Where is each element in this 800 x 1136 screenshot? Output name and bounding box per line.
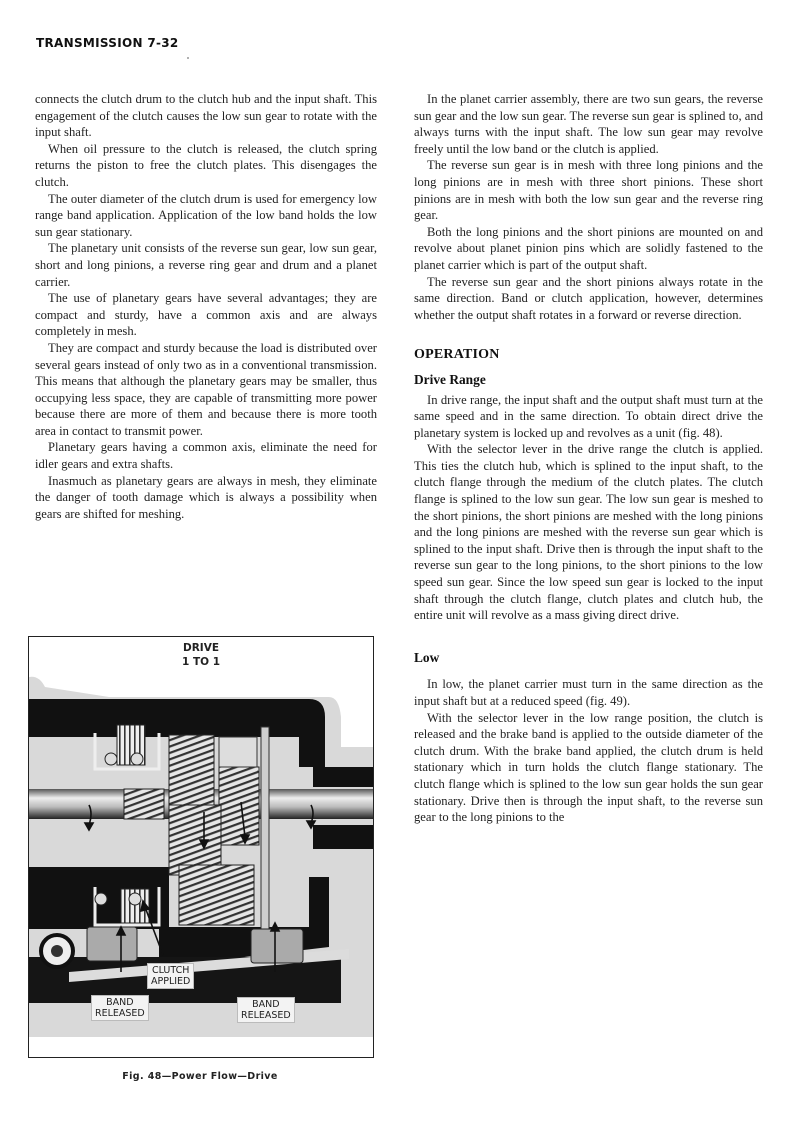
transmission-cutaway-illustration: [29, 637, 373, 1057]
left-column: connects the clutch drum to the clutch h…: [35, 91, 377, 522]
label-band-released-left: BAND RELEASED: [91, 995, 149, 1021]
paragraph: The reverse sun gear and the short pinio…: [414, 274, 763, 324]
label-band-released-right: BAND RELEASED: [237, 997, 295, 1023]
paragraph: Both the long pinions and the short pini…: [414, 224, 763, 274]
paragraph: In the planet carrier assembly, there ar…: [414, 91, 763, 157]
paragraph: In drive range, the input shaft and the …: [414, 392, 763, 442]
paragraph: Inasmuch as planetary gears are always i…: [35, 473, 377, 523]
paragraph: In low, the planet carrier must turn in …: [414, 676, 763, 709]
scan-speck: [187, 57, 189, 59]
label-clutch-applied: CLUTCH APPLIED: [147, 963, 194, 989]
figure-power-flow-drive: DRIVE 1 TO 1 CLUTCH APPLIED BAND RELEASE…: [28, 636, 374, 1058]
running-head: TRANSMISSION 7-32: [36, 36, 179, 50]
paragraph: The planetary unit consists of the rever…: [35, 240, 377, 290]
figure-title: DRIVE 1 TO 1: [169, 641, 233, 669]
subheading-low: Low: [414, 650, 763, 667]
paragraph: When oil pressure to the clutch is relea…: [35, 141, 377, 191]
paragraph: With the selector lever in the low range…: [414, 710, 763, 826]
paragraph: The use of planetary gears have several …: [35, 290, 377, 340]
subheading-drive-range: Drive Range: [414, 372, 763, 389]
right-column: In the planet carrier assembly, there ar…: [414, 91, 763, 826]
paragraph: With the selector lever in the drive ran…: [414, 441, 763, 624]
paragraph: The reverse sun gear is in mesh with thr…: [414, 157, 763, 223]
figure-caption: Fig. 48—Power Flow—Drive: [28, 1071, 372, 1082]
paragraph: The outer diameter of the clutch drum is…: [35, 191, 377, 241]
paragraph: Planetary gears having a common axis, el…: [35, 439, 377, 472]
paragraph: They are compact and sturdy because the …: [35, 340, 377, 440]
section-heading-operation: OPERATION: [414, 347, 763, 364]
paragraph: connects the clutch drum to the clutch h…: [35, 91, 377, 141]
